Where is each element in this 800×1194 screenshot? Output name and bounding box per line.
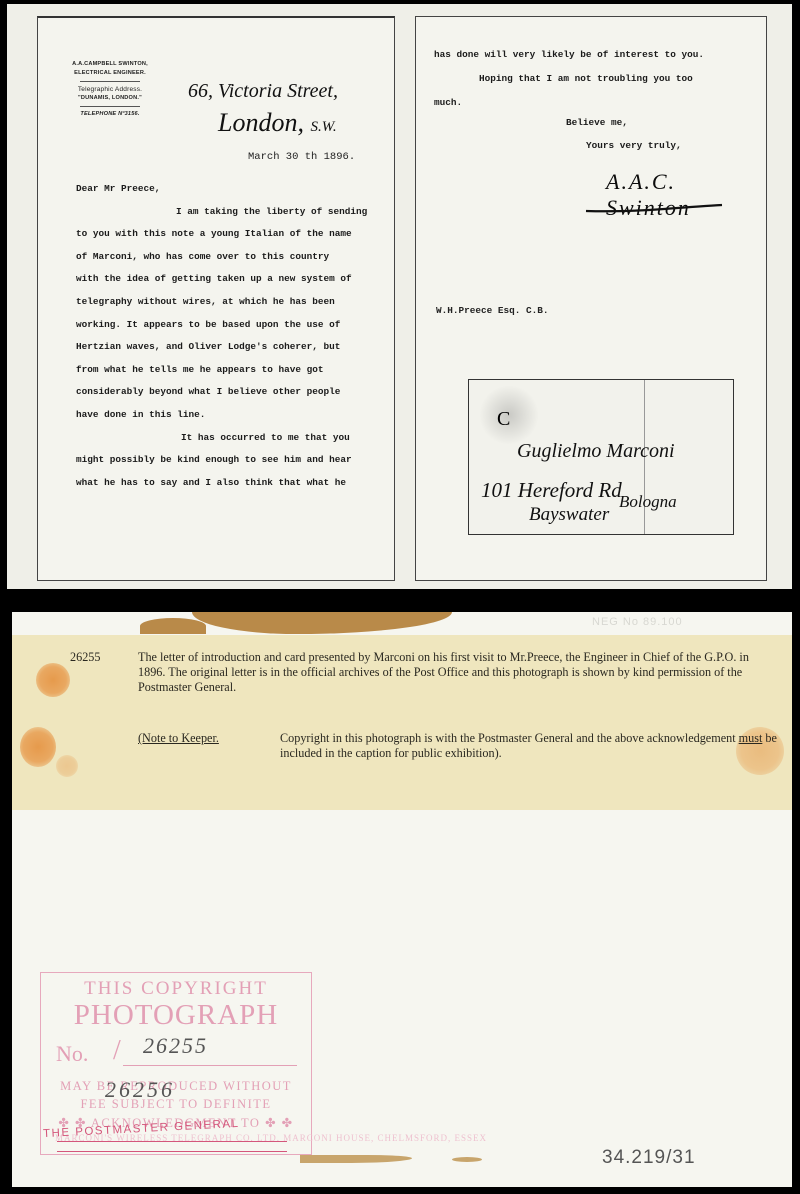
- body-line: to you with this note a young Italian of…: [76, 223, 396, 246]
- strike-line: [57, 1151, 287, 1152]
- signature: A.A.C. Swinton: [606, 169, 766, 221]
- letterhead-name: A.A.CAMPBELL SWINTON,: [50, 60, 170, 69]
- stain: [192, 612, 452, 634]
- body-line: have done in this line.: [76, 404, 396, 427]
- salutation: Dear Mr Preece,: [76, 178, 396, 201]
- body-line: much.: [434, 91, 764, 115]
- body-line: considerably beyond what I believe other…: [76, 381, 396, 404]
- body-line: has done will very likely be of interest…: [434, 43, 764, 67]
- archive-mount: NEG No 89.100 26255 The letter of introd…: [12, 612, 792, 1187]
- caption-text: The letter of introduction and card pres…: [138, 650, 778, 695]
- negative-number: NEG No 89.100: [592, 616, 683, 628]
- stain: [140, 618, 206, 634]
- photo-number: 26255: [70, 650, 100, 665]
- stamp-title: PHOTOGRAPH: [41, 999, 311, 1032]
- telephone-number: TELEPHONE Nº3156.: [50, 110, 170, 119]
- body-line: I am taking the liberty of sending: [76, 201, 396, 224]
- telegraphic-label: Telegraphic Address.: [50, 85, 170, 94]
- letterhead-divider: [80, 81, 140, 82]
- stain-spot: [36, 663, 70, 697]
- body-line: telegraphy without wires, at which he ha…: [76, 291, 396, 314]
- stamp-slash: /: [113, 1035, 121, 1067]
- body-line: of Marconi, who has come over to this co…: [76, 246, 396, 269]
- card-address-line2: Bayswater: [529, 504, 609, 526]
- card-address-line1: 101 Hereford Rd: [481, 478, 622, 503]
- note-emphasis: must: [739, 731, 763, 745]
- signature-flourish-icon: [584, 203, 724, 213]
- letterhead-divider: [80, 106, 140, 107]
- catalog-number: 34.219/31: [602, 1147, 696, 1169]
- stamp-number-2: 26256: [105, 1077, 175, 1103]
- letterhead-title: ELECTRICAL ENGINEER.: [50, 69, 170, 78]
- stain-spot: [56, 755, 78, 777]
- letterhead-left-block: A.A.CAMPBELL SWINTON, ELECTRICAL ENGINEE…: [50, 60, 170, 119]
- note-part: Copyright in this photograph is with the…: [280, 731, 739, 745]
- card-overwrite: Bologna: [619, 492, 677, 512]
- closing-yours: Yours very truly,: [586, 140, 682, 151]
- stamp-heading: THIS COPYRIGHT: [41, 978, 311, 1000]
- body-line: what he has to say and I also think that…: [76, 472, 396, 495]
- stamp-number: 26255: [143, 1033, 208, 1059]
- caption-label: 26255 The letter of introduction and car…: [12, 635, 792, 810]
- letter-date: March 30 th 1896.: [248, 151, 355, 163]
- continuation-body: has done will very likely be of interest…: [434, 43, 764, 115]
- letter-photograph: A.A.CAMPBELL SWINTON, ELECTRICAL ENGINEE…: [7, 4, 792, 589]
- stain: [300, 1155, 412, 1163]
- body-line: working. It appears to be based upon the…: [76, 314, 396, 337]
- strike-line: [57, 1141, 287, 1142]
- body-line: from what he tells me he appears to have…: [76, 359, 396, 382]
- telegraphic-address: "DUNAMIS, LONDON.": [50, 94, 170, 103]
- body-line: Hoping that I am not troubling you too: [434, 67, 764, 91]
- stain-spot: [20, 727, 56, 767]
- letter-page-1: A.A.CAMPBELL SWINTON, ELECTRICAL ENGINEE…: [37, 16, 395, 581]
- card-name: Guglielmo Marconi: [517, 440, 675, 463]
- letter-page-2: has done will very likely be of interest…: [415, 16, 767, 581]
- closing-believe: Believe me,: [566, 117, 628, 128]
- stain: [452, 1157, 482, 1162]
- calling-card: C Guglielmo Marconi 101 Hereford Rd Bays…: [468, 379, 734, 535]
- note-to-keeper: (Note to Keeper.: [138, 731, 219, 746]
- card-initial: C: [497, 408, 510, 431]
- copyright-stamp: THIS COPYRIGHT PHOTOGRAPH No. / 26255 MA…: [40, 972, 312, 1155]
- note-text: Copyright in this photograph is with the…: [280, 731, 780, 761]
- body-line: It has occurred to me that you: [76, 427, 396, 450]
- stamp-number-line: [123, 1065, 297, 1066]
- letterhead-street: 66, Victoria Street,: [188, 80, 338, 103]
- addressee: W.H.Preece Esq. C.B.: [436, 305, 549, 316]
- city-name: London,: [218, 108, 304, 137]
- body-line: with the idea of getting taken up a new …: [76, 268, 396, 291]
- district-name: S.W.: [310, 119, 336, 135]
- stamp-text: MAY BE REPRODUCED WITHOUT: [41, 1079, 311, 1094]
- letterhead-city: London, S.W.: [218, 108, 337, 138]
- stamp-text: FEE SUBJECT TO DEFINITE: [41, 1097, 311, 1112]
- body-line: Hertzian waves, and Oliver Lodge's coher…: [76, 336, 396, 359]
- body-line: might possibly be kind enough to see him…: [76, 449, 396, 472]
- stamp-no-label: No.: [56, 1041, 88, 1067]
- letter-body: Dear Mr Preece, I am taking the liberty …: [76, 178, 396, 494]
